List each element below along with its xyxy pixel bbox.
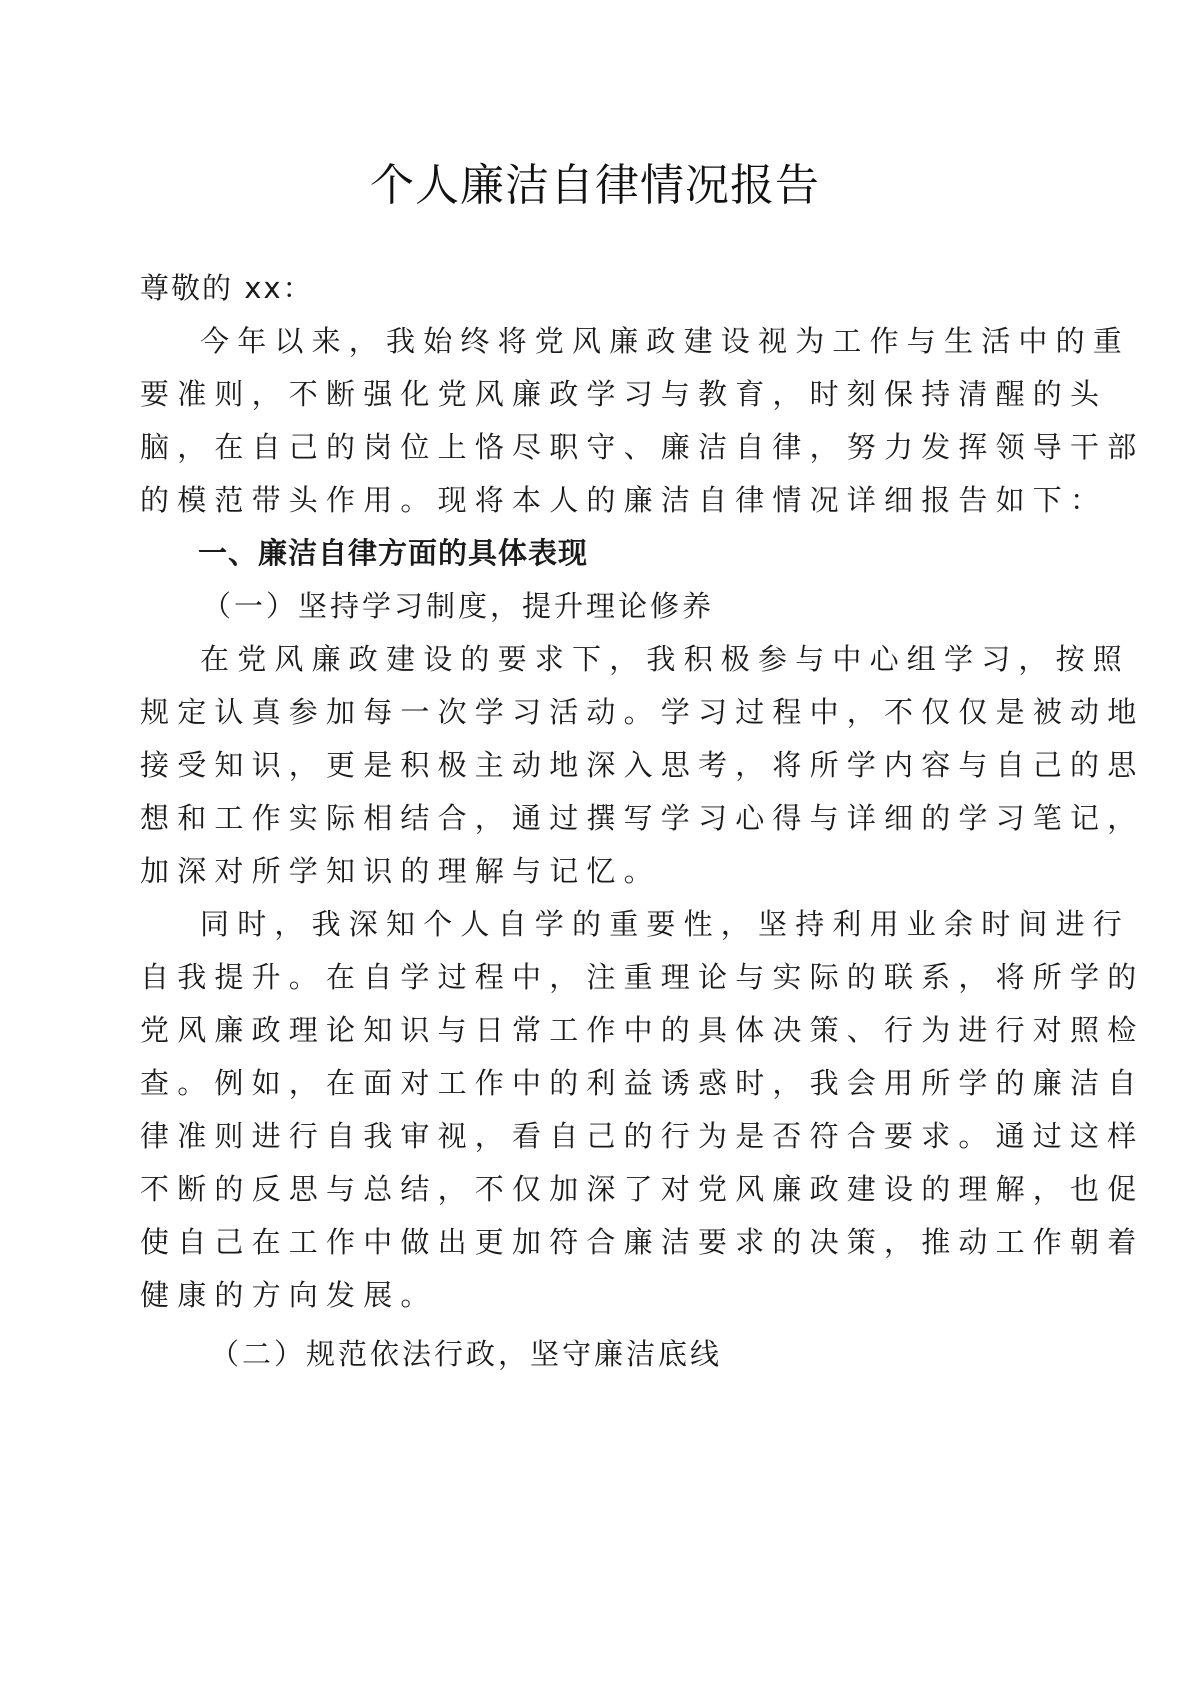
intro-paragraph: 今年以来，我始终将党风廉政建设视为工作与生活中的重 要准则，不断强化党风廉政学习…	[140, 315, 966, 527]
paragraph-line: 规定认真参加每一次学习活动。学习过程中，不仅仅是被动地	[140, 686, 966, 739]
salutation: 尊敬的 xx：	[140, 262, 966, 315]
paragraph-line: 接受知识，更是积极主动地深入思考，将所学内容与自己的思	[140, 739, 966, 792]
study-paragraph: 在党风廉政建设的要求下，我积极参与中心组学习，按照 规定认真参加每一次学习活动。…	[140, 633, 966, 898]
paragraph-line: 同时，我深知个人自学的重要性，坚持利用业余时间进行	[140, 898, 966, 951]
paragraph-line: 的模范带头作用。现将本人的廉洁自律情况详细报告如下：	[140, 474, 966, 527]
section-heading-1: 一、廉洁自律方面的具体表现	[140, 527, 966, 580]
subsection-heading-2: （二）规范依法行政，坚守廉洁底线	[140, 1328, 966, 1381]
paragraph-line: 想和工作实际相结合，通过撰写学习心得与详细的学习笔记，	[140, 792, 966, 845]
document-title: 个人廉洁自律情况报告	[0, 158, 1190, 214]
paragraph-line: 自我提升。在自学过程中，注重理论与实际的联系，将所学的	[140, 951, 966, 1004]
paragraph-line: 今年以来，我始终将党风廉政建设视为工作与生活中的重	[140, 315, 966, 368]
paragraph-line: 党风廉政理论知识与日常工作中的具体决策、行为进行对照检	[140, 1004, 966, 1057]
paragraph-line: 查。例如，在面对工作中的利益诱惑时，我会用所学的廉洁自	[140, 1057, 966, 1110]
paragraph-line: 在党风廉政建设的要求下，我积极参与中心组学习，按照	[140, 633, 966, 686]
paragraph-line: 律准则进行自我审视，看自己的行为是否符合要求。通过这样	[140, 1110, 966, 1163]
document-page: 个人廉洁自律情况报告 尊敬的 xx： 今年以来，我始终将党风廉政建设视为工作与生…	[0, 0, 1190, 1683]
paragraph-line: 要准则，不断强化党风廉政学习与教育，时刻保持清醒的头	[140, 368, 966, 421]
document-body: 尊敬的 xx： 今年以来，我始终将党风廉政建设视为工作与生活中的重 要准则，不断…	[140, 262, 966, 1381]
self-study-paragraph: 同时，我深知个人自学的重要性，坚持利用业余时间进行 自我提升。在自学过程中，注重…	[140, 898, 966, 1322]
paragraph-line: 不断的反思与总结，不仅加深了对党风廉政建设的理解，也促	[140, 1163, 966, 1216]
subsection-heading-1: （一）坚持学习制度，提升理论修养	[140, 580, 966, 633]
paragraph-line: 使自己在工作中做出更加符合廉洁要求的决策，推动工作朝着	[140, 1216, 966, 1269]
paragraph-line: 健康的方向发展。	[140, 1269, 966, 1322]
paragraph-line: 脑，在自己的岗位上恪尽职守、廉洁自律，努力发挥领导干部	[140, 421, 966, 474]
paragraph-line: 加深对所学知识的理解与记忆。	[140, 845, 966, 898]
